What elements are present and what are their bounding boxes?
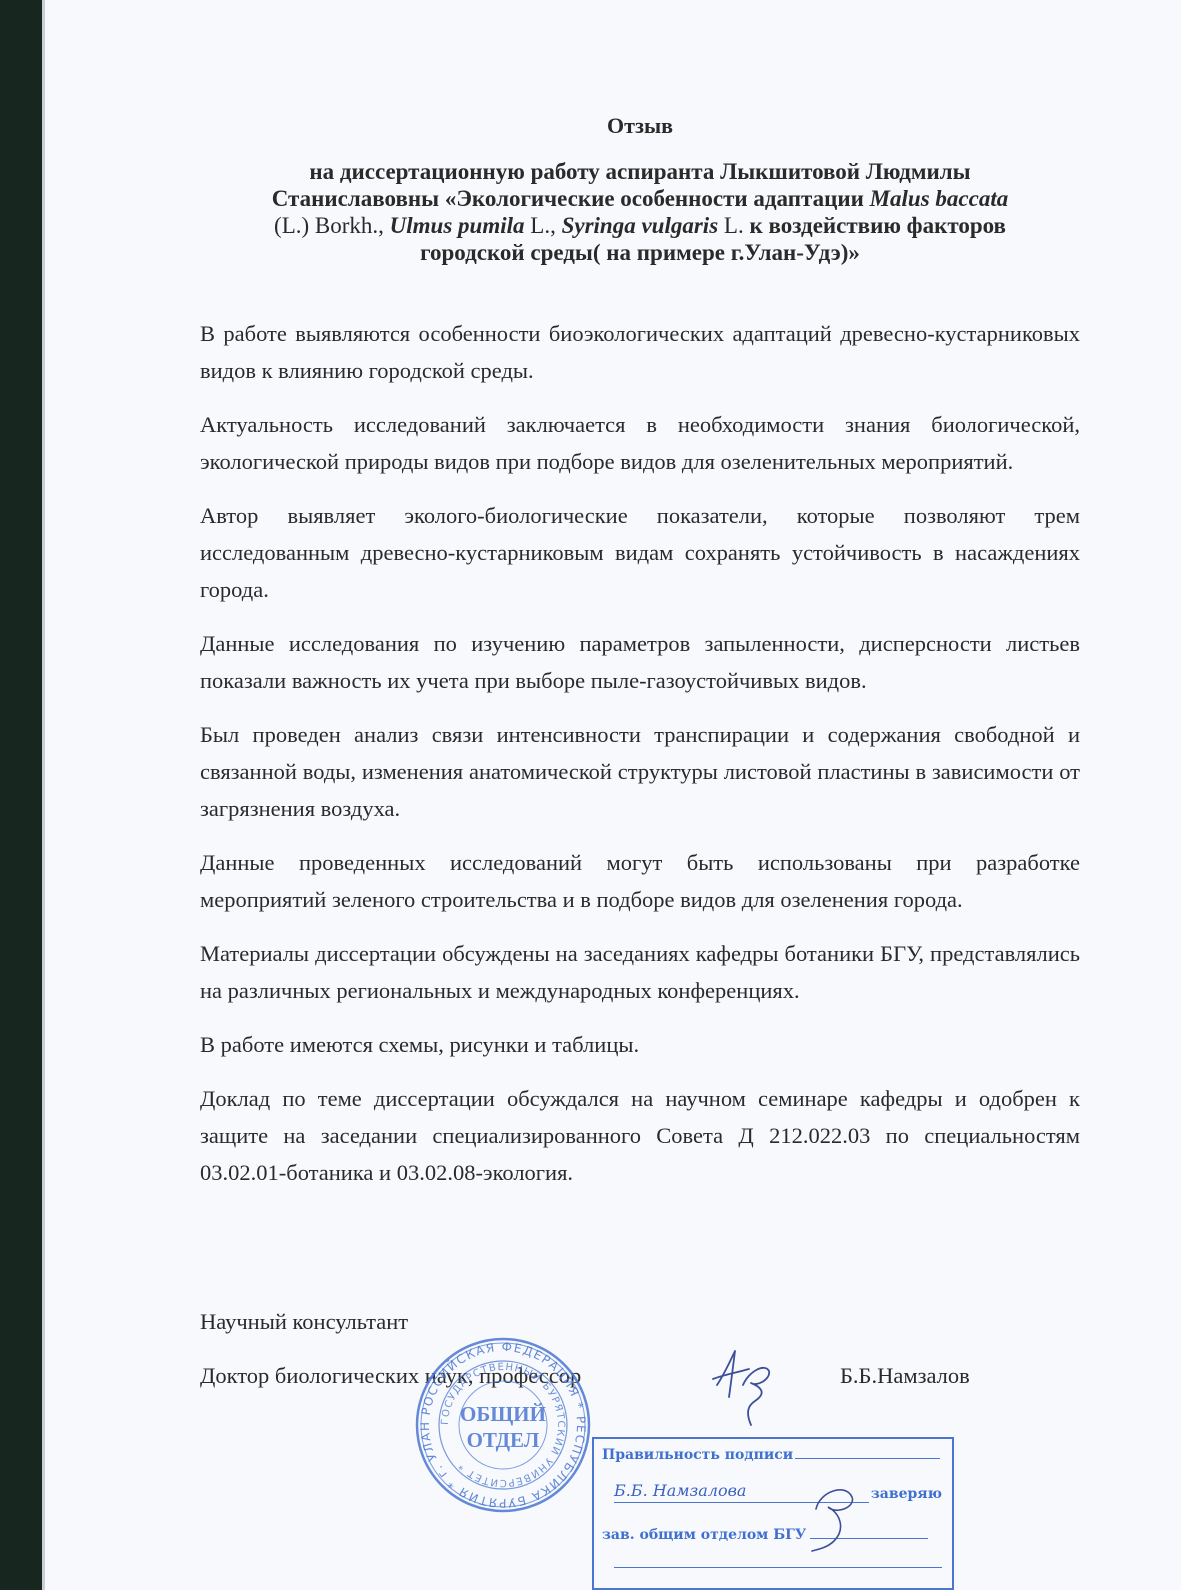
subtitle-text: (L.) Borkh., <box>274 213 390 238</box>
paragraph: Данные исследования по изучению параметр… <box>200 625 1080 699</box>
subtitle-text: L., <box>525 213 562 238</box>
paragraph: Данные проведенных исследований могут бы… <box>200 844 1080 918</box>
document-subtitle: на диссертационную работу аспиранта Лыкш… <box>200 158 1080 266</box>
official-stamp-icon: РОССИЙСКАЯ ФЕДЕРАЦИЯ * РЕСПУБЛИКА БУРЯТИ… <box>413 1335 593 1515</box>
svg-text:ОТДЕЛ: ОТДЕЛ <box>467 1428 540 1452</box>
subtitle-line-3: (L.) Borkh., Ulmus pumila L., Syringa vu… <box>200 212 1080 239</box>
species-name: Ulmus pumila <box>390 213 525 238</box>
paragraph: Доклад по теме диссертации обсуждался на… <box>200 1080 1080 1191</box>
cert-certify-label: заверяю <box>871 1486 942 1502</box>
paragraph: Был проведен анализ связи интенсивности … <box>200 716 1080 827</box>
svg-text:ОБЩИЙ: ОБЩИЙ <box>460 1402 546 1426</box>
cert-rule <box>614 1567 942 1568</box>
signatory-role: Научный консультант <box>200 1309 408 1335</box>
page-edge <box>42 0 45 1590</box>
signature-certification-stamp: Правильность подписи Б.Б. Намзалова заве… <box>592 1437 954 1590</box>
subtitle-text: Станиславовны «Экологические особенности… <box>272 186 870 211</box>
cert-heading-text: Правильность подписи <box>602 1447 793 1463</box>
subtitle-line-2: Станиславовны «Экологические особенности… <box>200 185 1080 212</box>
subtitle-line-4: городской среды( на примере г.Улан-Удэ)» <box>200 239 1080 266</box>
cert-official-text: зав. общим отделом БГУ <box>602 1527 806 1543</box>
cert-heading: Правильность подписи <box>602 1447 940 1463</box>
document-title: Отзыв <box>200 113 1080 139</box>
subtitle-text: L. <box>718 213 749 238</box>
signatory-name: Б.Б.Намзалов <box>840 1363 970 1389</box>
paragraph: Материалы диссертации обсуждены на засед… <box>200 935 1080 1009</box>
species-name: Malus baccata <box>870 186 1009 211</box>
species-name: Syringa vulgaris <box>562 213 719 238</box>
paragraph: Автор выявляет эколого-биологические пок… <box>200 497 1080 608</box>
subtitle-text: к воздействию факторов <box>749 213 1006 238</box>
document-body: В работе выявляются особенности биоэколо… <box>200 315 1080 1208</box>
cert-official: зав. общим отделом БГУ <box>602 1527 928 1543</box>
paragraph: В работе выявляются особенности биоэколо… <box>200 315 1080 389</box>
signature-icon <box>705 1345 785 1430</box>
paragraph: В работе имеются схемы, рисунки и таблиц… <box>200 1026 1080 1063</box>
binding-strip <box>0 0 42 1590</box>
paragraph: Актуальность исследований заключается в … <box>200 406 1080 480</box>
cert-rule <box>795 1458 940 1459</box>
subtitle-line-1: на диссертационную работу аспиранта Лыкш… <box>200 158 1080 185</box>
cert-signature-icon <box>806 1479 866 1554</box>
